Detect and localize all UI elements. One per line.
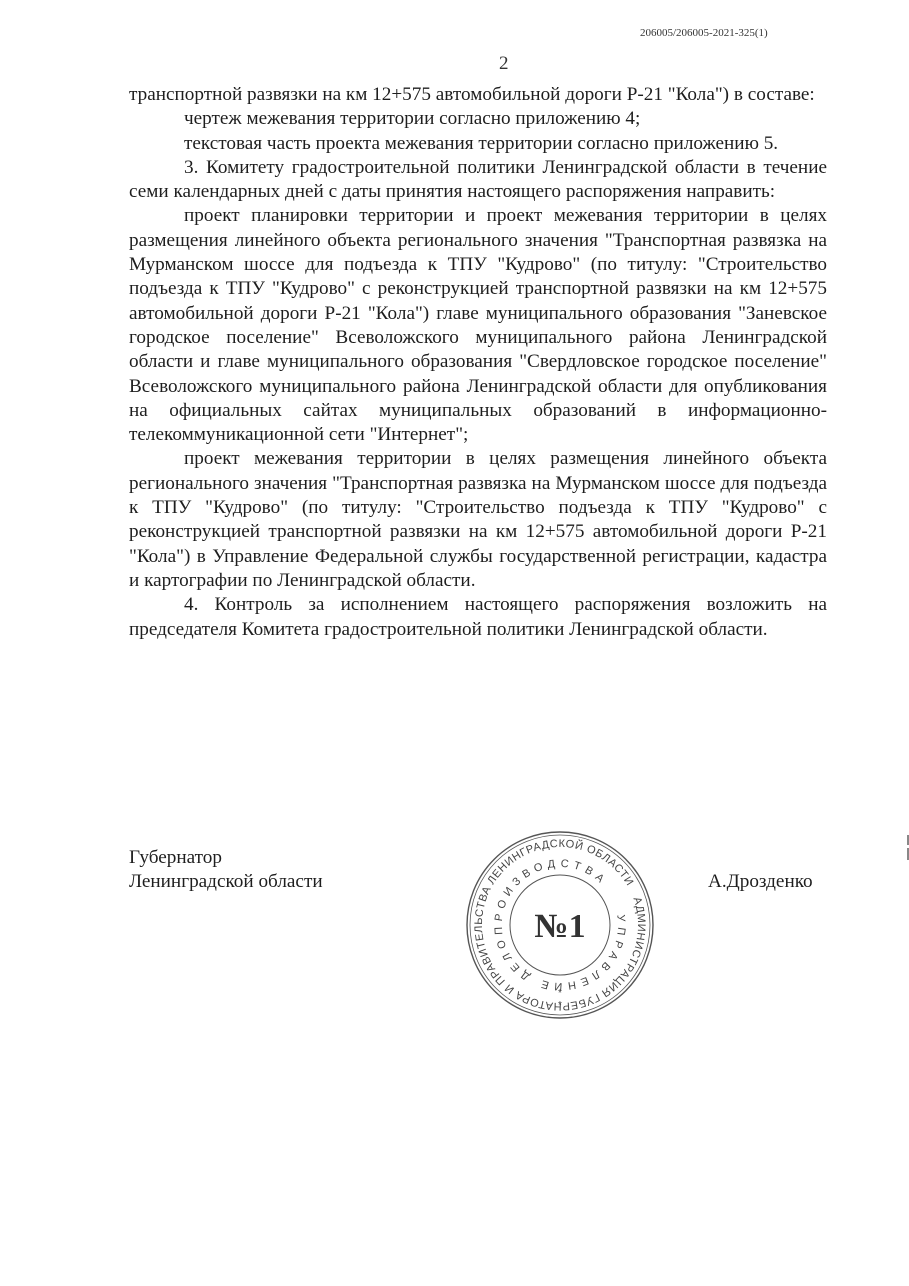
paragraph-clause-3: 3. Комитету градостроительной политики Л…: [129, 156, 827, 205]
stamp-center-number: №1: [534, 908, 585, 945]
stamp-icon: АДМИНИСТРАЦИЯ ГУБЕРНАТОРА И ПРАВИТЕЛЬСТВ…: [463, 828, 657, 1022]
paragraph-drawing-item: чертеж межевания территории согласно при…: [129, 107, 827, 131]
paragraph-text-part-item: текстовая часть проекта межевания террит…: [129, 132, 827, 156]
signatory-name: А.Дрозденко: [708, 870, 813, 894]
stamp-star-1: *: [558, 988, 562, 999]
document-registration-number: 206005/206005-2021-325(1): [640, 27, 768, 39]
page-number: 2: [499, 53, 509, 75]
paragraph-continuation: транспортной развязки на км 12+575 автом…: [129, 83, 827, 107]
paragraph-clause-3-item-2: проект межевания территории в целях разм…: [129, 447, 827, 593]
signatory-position-line1: Губернатор: [129, 846, 323, 870]
official-stamp: АДМИНИСТРАЦИЯ ГУБЕРНАТОРА И ПРАВИТЕЛЬСТВ…: [463, 828, 657, 1022]
paragraph-clause-3-item-1: проект планировки территории и проект ме…: [129, 204, 827, 447]
signatory-position-line2: Ленинградской области: [129, 870, 323, 894]
signatory-position: Губернатор Ленинградской области: [129, 846, 323, 894]
stamp-star-2: *: [558, 1000, 562, 1011]
paragraph-clause-4: 4. Контроль за исполнением настоящего ра…: [129, 593, 827, 642]
document-body: транспортной развязки на км 12+575 автом…: [129, 83, 827, 642]
